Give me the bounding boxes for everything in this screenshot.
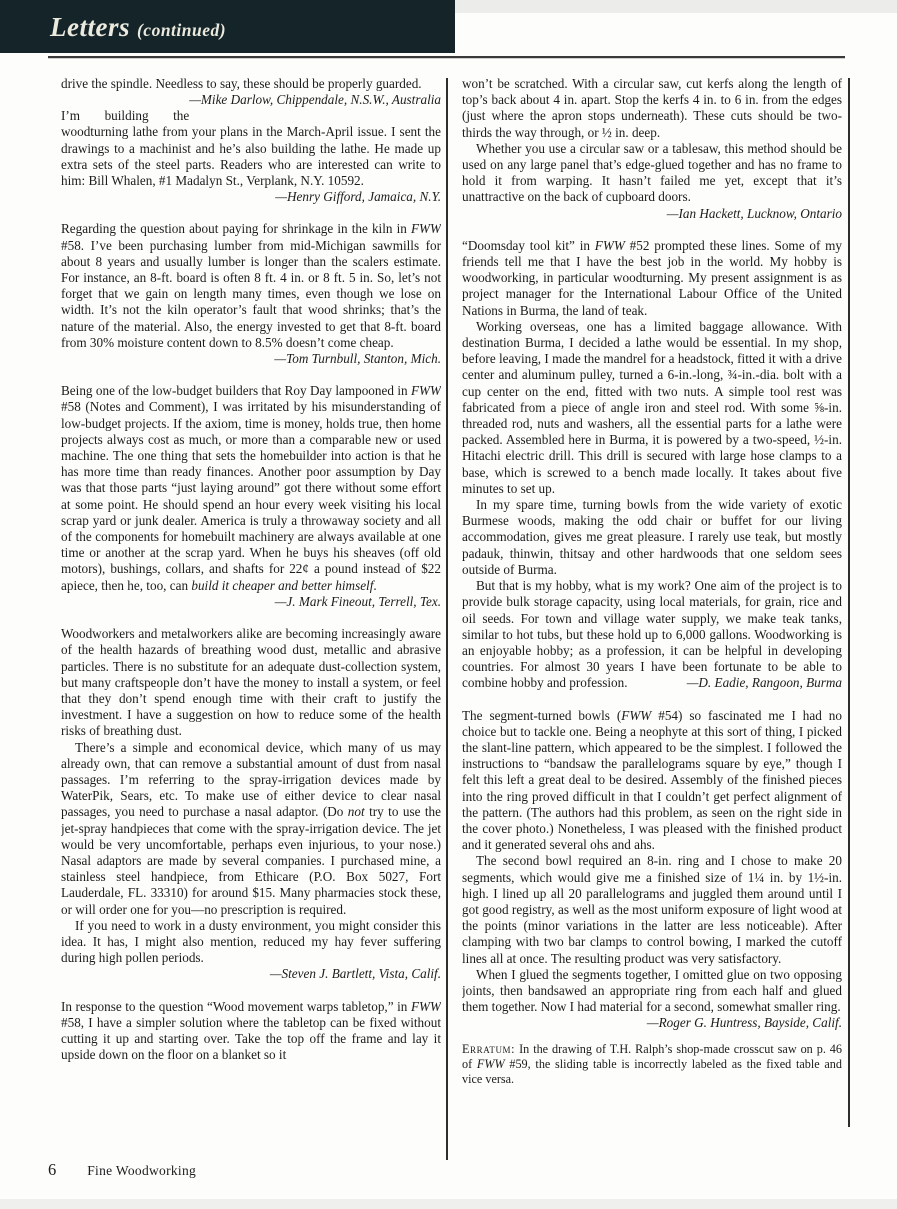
header-rule (48, 56, 845, 59)
signature-inline: —D. Eadie, Rangoon, Burma (673, 675, 842, 691)
letter-paragraph: But that is my hobby, what is my work? O… (462, 578, 842, 691)
letter-paragraph: Working overseas, one has a limited bagg… (462, 319, 842, 497)
section-title: Letters (50, 12, 130, 42)
signature-inline: —Mike Darlow, Chippendale, N.S.W., Austr… (189, 92, 441, 108)
signature-line: —Ian Hackett, Lucknow, Ontario (462, 206, 842, 222)
letter-paragraph: If you need to work in a dusty environme… (61, 918, 441, 967)
section-continued-label: (continued) (137, 20, 226, 40)
signature-line: —J. Mark Fineout, Terrell, Tex. (61, 594, 441, 610)
column-divider-rule (446, 78, 448, 1160)
signature-line: —Tom Turnbull, Stanton, Mich. (61, 351, 441, 367)
header-bar: Letters(continued) (0, 0, 455, 53)
letter-paragraph: The second bowl required an 8-in. ring a… (462, 853, 842, 966)
letter-paragraph: I’m building the woodturning lathe from … (61, 108, 441, 189)
signature-line: —Roger G. Huntress, Bayside, Calif. (462, 1015, 842, 1031)
erratum-note: Erratum: In the drawing of T.H. Ralph’s … (462, 1042, 842, 1088)
right-column: won’t be scratched. With a circular saw,… (462, 76, 842, 1088)
letter-paragraph: The segment-turned bowls (FWW #54) so fa… (462, 708, 842, 854)
page-title: Letters(continued) (50, 14, 226, 44)
letter-paragraph: Being one of the low-budget builders tha… (61, 383, 441, 594)
letter-paragraph: Whether you use a circular saw or a tabl… (462, 141, 842, 206)
letter-paragraph: When I glued the segments together, I om… (462, 967, 842, 1016)
signature-line: —Steven J. Bartlett, Vista, Calif. (61, 966, 441, 982)
letter-paragraph: Regarding the question about paying for … (61, 221, 441, 351)
left-column: drive the spindle. Needless to say, thes… (61, 76, 441, 1063)
letter-paragraph: There’s a simple and economical device, … (61, 740, 441, 918)
letter-paragraph: drive the spindle. Needless to say, thes… (61, 76, 441, 92)
letter-paragraph: In response to the question “Wood moveme… (61, 999, 441, 1064)
page-number: 6 (48, 1160, 56, 1180)
magazine-name: Fine Woodworking (87, 1163, 196, 1179)
letter-paragraph: Woodworkers and metalworkers alike are b… (61, 626, 441, 739)
scan-artifact-bottom (0, 1199, 897, 1209)
magazine-page: Letters(continued) drive the spindle. Ne… (0, 0, 897, 1209)
scan-artifact-top (455, 0, 897, 13)
letter-paragraph: In my spare time, turning bowls from the… (462, 497, 842, 578)
letter-paragraph: won’t be scratched. With a circular saw,… (462, 76, 842, 141)
page-footer: 6 Fine Woodworking (48, 1160, 196, 1184)
letter-paragraph: “Doomsday tool kit” in FWW #52 prompted … (462, 238, 842, 319)
signature-line: —Henry Gifford, Jamaica, N.Y. (61, 189, 441, 205)
right-margin-rule (848, 78, 850, 1127)
